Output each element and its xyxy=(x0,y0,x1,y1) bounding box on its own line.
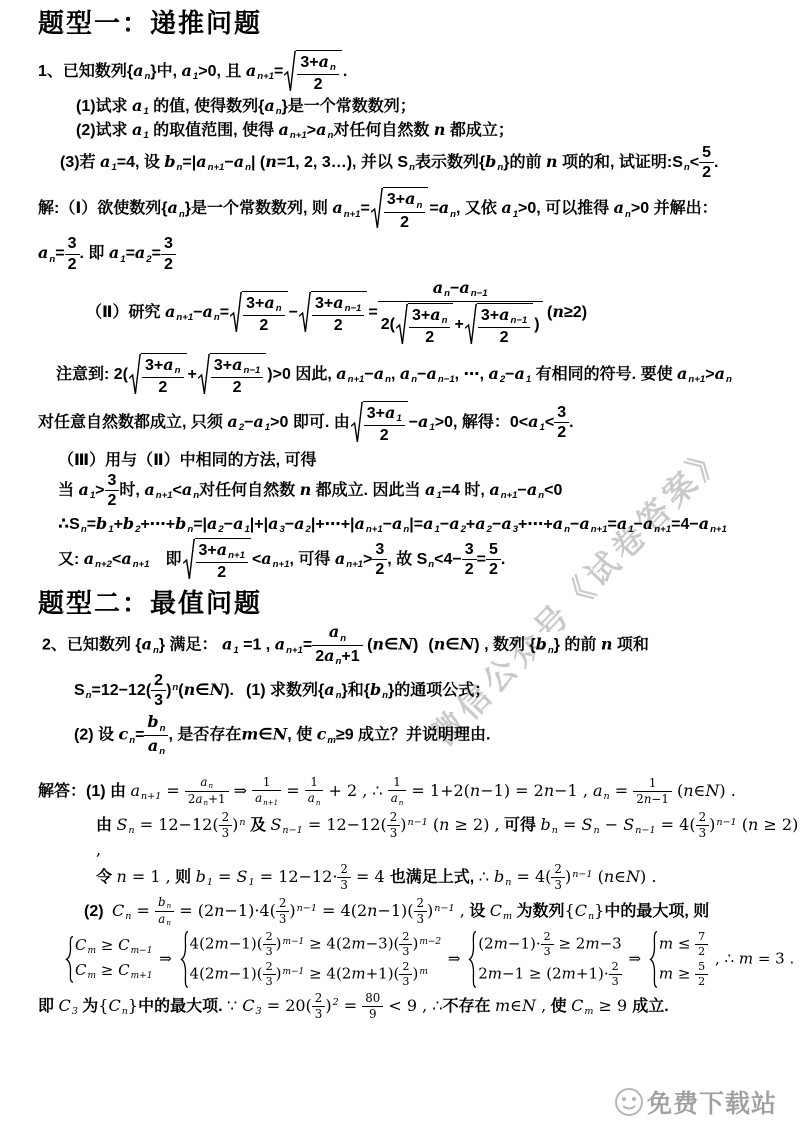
problem2-part2: (2) 设 cn=bnan, 是否存在m∈N, 使 cm≥9 成立？并说明理由. xyxy=(74,713,806,757)
subscript: n xyxy=(276,106,282,117)
subscript: n xyxy=(187,524,193,535)
math-var: S xyxy=(623,815,634,834)
math-var: a xyxy=(324,646,334,665)
subscript: 1 xyxy=(396,413,401,424)
math-var: m xyxy=(585,935,599,953)
subscript: n xyxy=(160,723,166,734)
math-var: a xyxy=(255,791,262,805)
fraction: 52 xyxy=(699,144,714,182)
subscript: n xyxy=(167,901,172,910)
subscript: n+1 xyxy=(228,550,245,561)
math-var: N xyxy=(398,635,413,654)
math-var: n xyxy=(546,152,558,171)
sqrt-radical: 3+an2 xyxy=(129,353,187,397)
math-var: a xyxy=(515,364,525,383)
subscript: n+1 xyxy=(257,71,274,82)
subscript: n xyxy=(81,524,87,535)
fraction: 23 xyxy=(696,811,710,840)
math-var: N xyxy=(273,725,288,744)
math-var: a xyxy=(279,120,289,139)
math-var: a xyxy=(253,412,263,431)
subscript: n xyxy=(86,690,92,701)
subscript: n+1 xyxy=(141,791,161,802)
site-watermark-text: 免费下载站 xyxy=(647,1084,777,1120)
solution2-step1: 解答：(1) 由 an+1 = an2an+1 ⇒ 1an+1 = 1an + … xyxy=(38,776,806,807)
topic1-heading: 题型一：递推问题 xyxy=(38,8,806,40)
math-var: a xyxy=(130,781,140,800)
math-var: a xyxy=(264,96,274,115)
math-var: S xyxy=(237,867,248,886)
math-var: N xyxy=(210,680,225,699)
subscript: n xyxy=(625,209,631,220)
sqrt-radical: 3+an2 xyxy=(396,303,454,347)
math-var: N xyxy=(460,635,475,654)
subscript: n xyxy=(417,200,423,211)
fraction: 3+an−12 xyxy=(312,294,364,335)
math-var: a xyxy=(261,549,271,568)
subscript: n xyxy=(129,735,135,746)
math-var: a xyxy=(232,355,242,374)
math-var: C xyxy=(112,901,124,920)
subscript: n xyxy=(594,825,600,836)
math-var: a xyxy=(392,514,402,533)
math-var: b xyxy=(123,514,134,533)
math-var: n xyxy=(300,480,312,499)
math-var: a xyxy=(142,635,152,654)
math-var: n xyxy=(748,815,758,834)
subscript: n xyxy=(538,490,544,501)
bold-text: 则 xyxy=(171,869,196,886)
math-var: C xyxy=(490,901,502,920)
math-var: m xyxy=(351,935,365,953)
subscript: 1 xyxy=(193,71,198,82)
superscript: m−1 xyxy=(282,937,304,947)
subscript: 1 xyxy=(143,130,148,141)
sqrt-radical: 3+a12 xyxy=(351,401,408,445)
subscript: n−1 xyxy=(471,288,488,299)
subscript: n+1 xyxy=(286,645,303,656)
math-var: n xyxy=(116,867,126,886)
math-var: C xyxy=(75,961,86,979)
fraction: bnan xyxy=(144,713,168,757)
subscript: n−1 xyxy=(282,825,302,836)
math-var: a xyxy=(294,514,304,533)
math-var: a xyxy=(355,514,365,533)
subscript: n xyxy=(428,559,434,570)
math-var: a xyxy=(699,514,709,533)
fraction: 32 xyxy=(554,404,569,442)
fraction: 23 xyxy=(219,811,233,840)
subscript: n+1 xyxy=(346,559,363,570)
fraction: 23 xyxy=(609,961,622,988)
math-var: C xyxy=(575,901,587,920)
subscript: n xyxy=(442,315,448,326)
site-logo-icon xyxy=(614,1087,644,1117)
math-var: a xyxy=(144,480,154,499)
math-var: a xyxy=(418,412,428,431)
math-var: m xyxy=(488,964,502,982)
subscript: n xyxy=(444,288,450,299)
subscript: 2 xyxy=(500,374,505,385)
subscript: m xyxy=(327,735,336,746)
document-content: 题型一：递推问题1、已知数列{an}中, a1>0, 且 an+1=3+an2.… xyxy=(0,0,812,1020)
math-var: a xyxy=(246,61,256,80)
math-var: a xyxy=(527,480,537,499)
math-var: a xyxy=(196,152,206,171)
fraction: 23 xyxy=(151,672,166,710)
math-var: m xyxy=(494,935,508,953)
subscript: n xyxy=(330,62,336,73)
superscript: n xyxy=(172,682,178,693)
problem1-statement: 1、已知数列{an}中, a1>0, 且 an+1=3+an2. xyxy=(38,50,806,94)
math-var: n xyxy=(601,635,613,654)
math-var: C xyxy=(58,996,70,1015)
sqrt-radical: 3+an−12 xyxy=(198,353,266,397)
problem2-statement2: Sn=12−12(23)n(n∈N).(1) 求数列{an}和{bn}的通项公式… xyxy=(74,672,806,710)
bold-text: 使 xyxy=(546,998,571,1015)
math-var: n xyxy=(439,815,449,834)
superscript: m xyxy=(419,967,428,977)
math-var: n xyxy=(434,120,446,139)
bold-text: 由 xyxy=(96,817,116,834)
math-var: a xyxy=(195,792,202,806)
subscript: n xyxy=(193,490,199,501)
math-var: C xyxy=(108,996,120,1015)
math-var: a xyxy=(459,278,469,297)
math-var: a xyxy=(449,514,459,533)
math-var: n xyxy=(604,867,614,886)
subscript: n+1 xyxy=(688,374,705,385)
solution2-conclusion: 即 C3 为{Cn}中的最大项. ∵ C3 = 20(23)2 = 809 < … xyxy=(38,992,806,1021)
fraction: 23 xyxy=(276,897,290,926)
math-var: a xyxy=(78,480,88,499)
subscript: 2 xyxy=(218,524,223,535)
solution1-step3: （Ⅱ）研究 an+1−an=3+an2−3+an−12=an−an−12(3+a… xyxy=(86,279,806,347)
subscript: n+1 xyxy=(133,559,150,570)
subscript: 1 xyxy=(513,209,518,220)
subscript: n xyxy=(726,374,732,385)
fraction: 52 xyxy=(695,961,708,988)
subscript: m+1 xyxy=(131,971,153,981)
math-var: C xyxy=(75,936,86,954)
fraction: 32 xyxy=(462,541,477,579)
math-var: a xyxy=(38,243,48,262)
subscript: 2 xyxy=(306,524,311,535)
math-var: C xyxy=(118,961,129,979)
math-var: a xyxy=(200,775,207,789)
subscript: n−1 xyxy=(510,315,527,326)
subscript: n xyxy=(385,374,391,385)
math-var: a xyxy=(275,635,285,654)
subscript: m−1 xyxy=(131,946,153,956)
fraction: an2an+1 xyxy=(312,623,362,667)
subscript: m xyxy=(503,911,512,922)
math-var: a xyxy=(84,549,94,568)
math-var: n xyxy=(644,792,652,806)
subscript: n xyxy=(336,690,342,701)
solution1-step7: 当 a1>32时, an+1<an对任何自然数 n 都成立. 因此当 a1=4 … xyxy=(58,472,806,510)
subscript: n+1 xyxy=(366,524,383,535)
fraction: 809 xyxy=(362,992,383,1021)
math-var: b xyxy=(96,514,107,533)
math-var: a xyxy=(677,364,687,383)
math-var: a xyxy=(324,680,334,699)
math-var: a xyxy=(425,480,435,499)
math-var: a xyxy=(182,480,192,499)
math-var: a xyxy=(133,61,143,80)
subscript: n xyxy=(403,524,409,535)
solution1-step8: ∴Sn=b1+b2+⋯+bn=|a2−a1|+|a3−a2|+⋯+|an+1−a… xyxy=(58,514,806,536)
math-var: a xyxy=(264,293,274,312)
fraction: 23 xyxy=(312,992,326,1021)
math-var: S xyxy=(582,815,593,834)
math-var: m xyxy=(659,964,673,982)
math-var: a xyxy=(715,364,725,383)
subscript: n+1 xyxy=(263,798,278,807)
solution1-step9: 又: an+2<an+1即3+an+12<an+1, 可得 an+1>32, 故… xyxy=(58,538,806,582)
fraction: 3+an2 xyxy=(297,53,339,94)
math-var: S xyxy=(116,815,127,834)
math-var: a xyxy=(132,120,142,139)
subscript: n+1 xyxy=(654,524,671,535)
fraction: 23 xyxy=(414,897,428,926)
bold-text: 不存在 xyxy=(443,998,495,1015)
math-var: n xyxy=(683,781,693,800)
fraction: 23 xyxy=(263,961,276,988)
math-var: N xyxy=(626,867,640,886)
solution1-step4: 注意到: 2(3+an2+3+an−12)>0 因此, an+1−an, an−… xyxy=(56,353,806,397)
subscript: n+1 xyxy=(273,559,290,570)
math-var: n xyxy=(372,635,384,654)
solution2-step2: 由 Sn = 12−12(23)n 及 Sn−1 = 12−12(23)n−1 … xyxy=(96,811,806,859)
subscript: 2 xyxy=(146,254,151,265)
problem2-statement: 2、已知数列 {an} 满足： a1 =1 , an+1=an2an+1 (n∈… xyxy=(42,623,806,667)
bold-text: 为数列 xyxy=(512,903,564,920)
fraction: 3+an−12 xyxy=(211,356,263,397)
fraction: 3+an2 xyxy=(409,306,451,347)
subscript: n+1 xyxy=(344,209,361,220)
subscript: 1 xyxy=(111,162,116,173)
subscript: n xyxy=(604,791,610,802)
subscript: m xyxy=(87,971,96,981)
math-var: a xyxy=(158,912,165,926)
math-var: a xyxy=(430,305,440,324)
solution2-step5: Cm ≥ Cm−1Cm ≥ Cm+1 ⇒ 4(2m−1)(23)m−1 ≥ 4(… xyxy=(62,931,806,988)
subscript: n xyxy=(214,312,220,323)
math-var: b xyxy=(536,635,547,654)
math-var: b xyxy=(196,867,206,886)
subscript: n xyxy=(245,162,251,173)
math-var: c xyxy=(118,725,128,744)
fraction: 3+an2 xyxy=(243,294,285,335)
fraction: 1an xyxy=(388,776,407,806)
fraction: 32 xyxy=(65,235,80,273)
subscript: n+2 xyxy=(95,559,112,570)
sqrt-radical: 3+an−12 xyxy=(299,291,367,335)
math-var: a xyxy=(207,514,217,533)
fraction: 23 xyxy=(399,961,412,988)
fraction: 23 xyxy=(337,863,351,892)
fraction: 23 xyxy=(387,811,401,840)
subscript: n xyxy=(588,911,594,922)
sqrt-radical: 3+an2 xyxy=(371,187,429,231)
subscript: n xyxy=(204,798,209,807)
fraction: 32 xyxy=(372,541,387,579)
subscript: 1 xyxy=(429,422,434,433)
subscript: n xyxy=(497,162,503,173)
fraction: 3+an−12 xyxy=(478,306,530,347)
subscript: 1 xyxy=(120,254,125,265)
math-var: m xyxy=(659,935,673,953)
subscript: n xyxy=(336,656,342,667)
superscript: n−1 xyxy=(716,817,736,828)
fraction: 23 xyxy=(541,931,554,958)
math-var: a xyxy=(423,514,433,533)
subscript: n xyxy=(179,209,185,220)
math-var: a xyxy=(475,514,485,533)
problem1-part3: (3)若 a1=4, 设 bn=|an+1−an| (n=1, 2, 3…), … xyxy=(60,144,806,182)
math-var: S xyxy=(270,815,281,834)
subscript: n xyxy=(177,162,183,173)
math-var: N xyxy=(705,781,719,800)
subscript: n+1 xyxy=(348,374,365,385)
subscript: 3 xyxy=(513,524,518,535)
subscript: n xyxy=(327,130,333,141)
math-var: a xyxy=(579,514,589,533)
math-var: a xyxy=(374,364,384,383)
math-var: a xyxy=(439,199,449,218)
subscript: 1 xyxy=(90,490,95,501)
solution1-step6: （Ⅲ）用与（Ⅱ）中相同的方法, 可得 xyxy=(58,451,806,471)
subscript: n xyxy=(411,374,417,385)
math-var: C xyxy=(571,996,583,1015)
sqrt-radical: 3+an−12 xyxy=(465,303,533,347)
math-var: b xyxy=(175,514,186,533)
math-var: a xyxy=(593,781,603,800)
superscript: n−1 xyxy=(407,817,427,828)
math-var: a xyxy=(168,199,178,218)
math-var: a xyxy=(316,120,326,139)
math-var: a xyxy=(501,514,511,533)
math-var: C xyxy=(242,996,254,1015)
subscript: n xyxy=(122,1006,128,1017)
bold-text: 及 xyxy=(246,817,271,834)
subscript: 1 xyxy=(540,422,545,433)
bold-text: 即 xyxy=(38,998,58,1015)
math-var: m xyxy=(739,949,753,967)
math-var: n xyxy=(470,781,480,800)
math-var: a xyxy=(528,412,538,431)
subscript: 3 xyxy=(256,1006,262,1017)
math-var: m xyxy=(495,996,510,1015)
subscript: 2 xyxy=(135,524,140,535)
math-var: a xyxy=(121,549,131,568)
subscript: 1 xyxy=(526,374,531,385)
bold-text: 成立. xyxy=(632,998,668,1015)
math-var: a xyxy=(400,364,410,383)
math-var: a xyxy=(109,243,119,262)
subscript: 1 xyxy=(435,524,440,535)
subscript: 1 xyxy=(265,422,270,433)
math-var: b xyxy=(147,712,158,731)
math-var: a xyxy=(617,514,627,533)
math-var: n xyxy=(552,302,564,321)
math-var: m xyxy=(351,964,365,982)
math-var: a xyxy=(268,514,278,533)
math-var: b xyxy=(494,867,504,886)
subscript: 2 xyxy=(239,422,244,433)
subscript: 2 xyxy=(461,524,466,535)
math-var: a xyxy=(335,549,345,568)
math-var: a xyxy=(100,152,110,171)
subscript: n xyxy=(276,303,282,314)
subscript: 1 xyxy=(628,524,633,535)
subscript: 1 xyxy=(233,645,238,656)
fraction: 1an xyxy=(305,776,324,806)
subscript: n−1 xyxy=(345,303,362,314)
math-var: a xyxy=(332,199,342,218)
subscript: n xyxy=(125,911,131,922)
math-var: b xyxy=(485,152,496,171)
math-var: a xyxy=(165,302,175,321)
fraction: bnan xyxy=(155,896,174,927)
superscript: n−1 xyxy=(434,903,454,914)
fraction: 23 xyxy=(263,931,276,958)
math-var: a xyxy=(203,302,213,321)
fraction: 1an+1 xyxy=(252,776,281,806)
bold-text: 中的最大项, 则 xyxy=(604,903,709,920)
math-var: a xyxy=(163,355,173,374)
fraction: an−an−12(3+an2+3+an−12) xyxy=(378,279,543,347)
bold-text: 也满足上式, xyxy=(390,869,479,886)
math-var: b xyxy=(541,815,551,834)
cases-brace: m ≤ 72m ≥ 52 xyxy=(648,931,708,988)
subscript: n+1 xyxy=(208,162,225,173)
subscript: n xyxy=(450,209,456,220)
math-var: a xyxy=(426,364,436,383)
fraction: 12n−1 xyxy=(633,777,672,806)
subscript: m xyxy=(584,1006,593,1017)
subscript: n xyxy=(564,524,570,535)
math-var: m xyxy=(562,964,576,982)
superscript: 2 xyxy=(333,997,339,1008)
subscript: 2 xyxy=(487,524,492,535)
math-var: a xyxy=(217,540,227,559)
math-var: a xyxy=(333,293,343,312)
solution2-step3: 令 n = 1 , 则 b1 = S1 = 12−12·23 = 4 也满足上式… xyxy=(96,863,806,892)
subscript: n xyxy=(145,71,151,82)
math-var: a xyxy=(643,514,653,533)
problem1-part1: (1)试求 a1 的值, 使得数列{an}是一个常数数列； xyxy=(76,96,806,118)
subscript: 3 xyxy=(279,524,284,535)
subscript: 1 xyxy=(244,524,249,535)
subscript: 1 xyxy=(436,490,441,501)
subscript: n−1 xyxy=(243,365,260,376)
math-var: a xyxy=(222,635,232,654)
cases-brace: (2m−1)·23 ≥ 2m−32m−1 ≥ (2m+1)·23 xyxy=(467,931,621,988)
math-var: a xyxy=(499,305,509,324)
subscript: n xyxy=(684,162,690,173)
subscript: n xyxy=(552,825,558,836)
solution1-step2: an=32. 即 a1=a2=32 xyxy=(38,235,806,273)
fraction: 23 xyxy=(551,863,565,892)
subscript: n+1 xyxy=(501,490,518,501)
subscript: n+1 xyxy=(710,524,727,535)
math-var: b xyxy=(370,680,381,699)
superscript: m−1 xyxy=(282,967,304,977)
math-var: n xyxy=(367,901,377,920)
fraction: 32 xyxy=(161,235,176,273)
